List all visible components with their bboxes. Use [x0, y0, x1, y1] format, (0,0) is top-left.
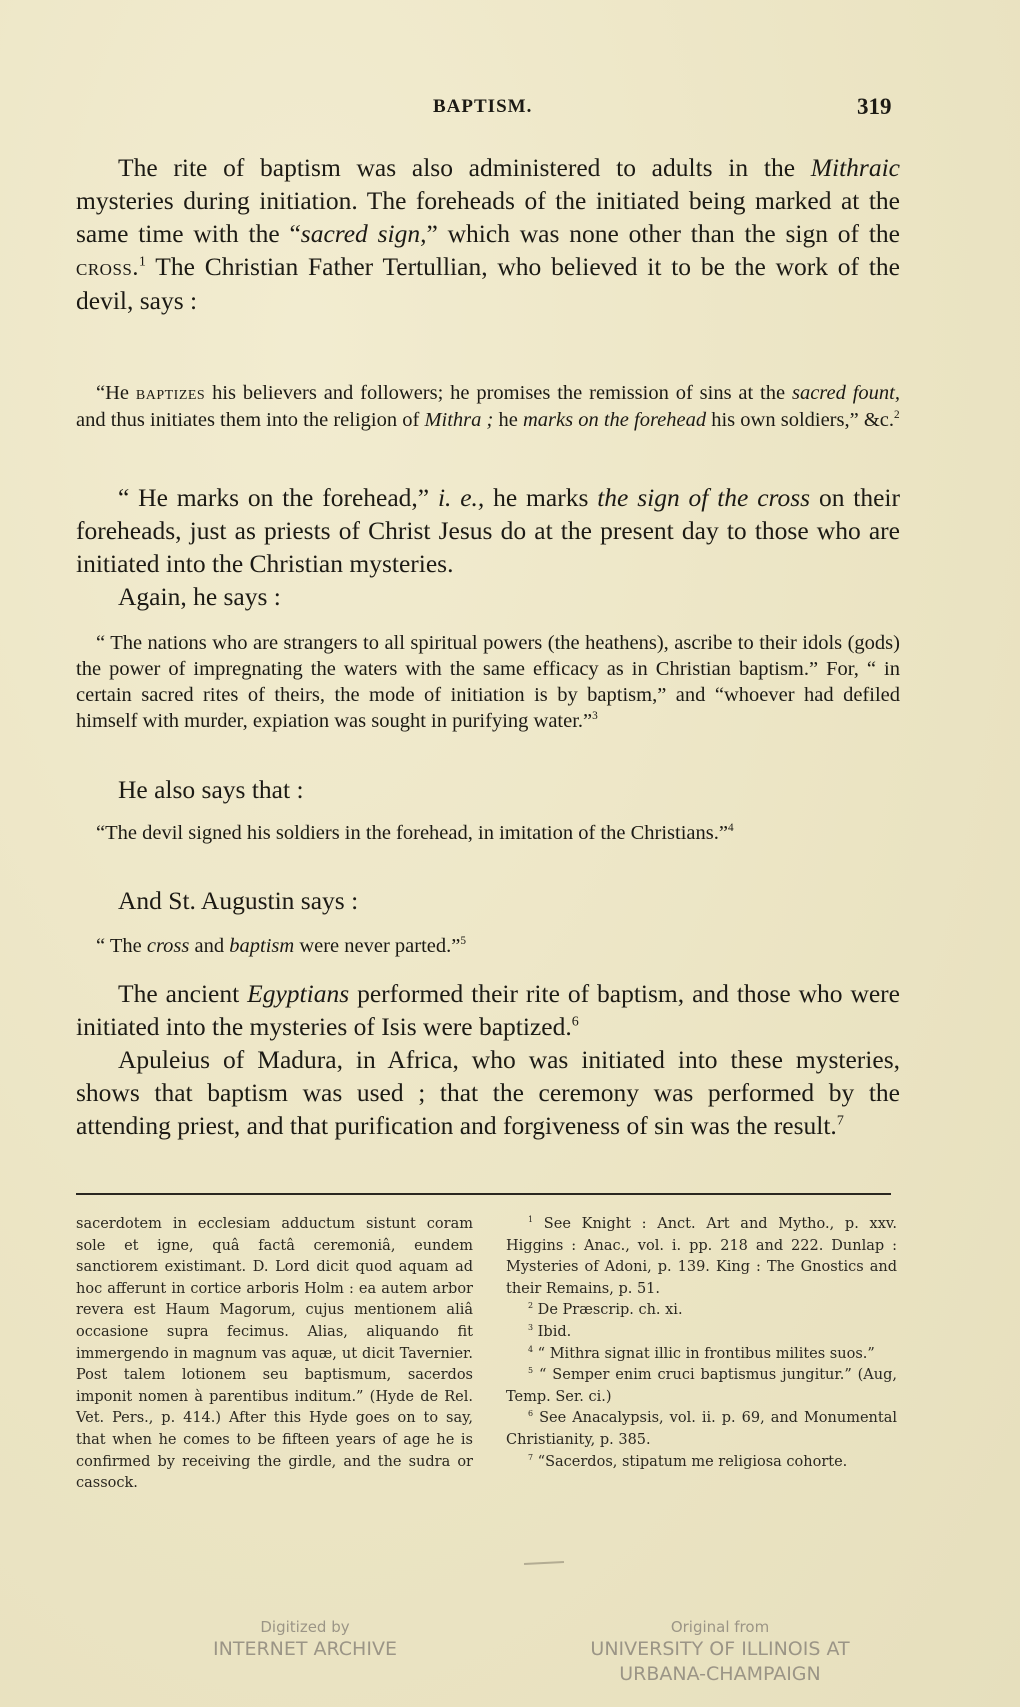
original-from-watermark: Original from UNIVERSITY OF ILLINOIS AT …	[560, 1617, 880, 1687]
footnote-ref: 2	[894, 409, 900, 421]
paragraph-augustin-says: And St. Augustin says :	[76, 884, 900, 917]
paragraph-he-also-says: He also says that :	[76, 773, 900, 806]
paragraph-apuleius: Apuleius of Madura, in Africa, who was i…	[76, 1043, 900, 1142]
paragraph-egyptians: The ancient Egyptians performed their ri…	[76, 977, 900, 1142]
footnote-ref: 4	[728, 822, 734, 834]
running-title: BAPTISM.	[433, 96, 532, 118]
footnote-ref: 7	[837, 1114, 844, 1129]
footnote-7: 7 “Sacerdos, stipatum me religiosa cohor…	[506, 1452, 897, 1474]
small-caps-term: baptizes	[136, 383, 205, 404]
footnote-2: 2 De Præscrip. ch. xi.	[506, 1300, 897, 1322]
footnotes-list: 1 See Knight : Anct. Art and Mytho., p. …	[506, 1214, 897, 1473]
footnote-ref: 6	[572, 1015, 579, 1030]
paragraph-again-he-says: Again, he says :	[76, 580, 900, 613]
footnote-4: 4 “ Mithra signat illic in frontibus mil…	[506, 1344, 897, 1366]
footnote-divider	[76, 1193, 891, 1195]
footnote-6: 6 See Anacalypsis, vol. ii. p. 69, and M…	[506, 1408, 897, 1451]
block-quote-tertullian-3: “The devil signed his soldiers in the fo…	[76, 820, 900, 846]
footnote-ref: 5	[460, 935, 466, 947]
small-caps-term: cross.	[76, 254, 139, 281]
footnote-1: 1 See Knight : Anct. Art and Mytho., p. …	[506, 1214, 897, 1300]
emphasis: Mithraic	[811, 153, 900, 182]
emphasis: sacred sign,	[301, 219, 427, 248]
page-number: 319	[857, 94, 892, 120]
paragraph-sign-of-cross: “ He marks on the forehead,” i. e., he m…	[76, 481, 900, 613]
footnote-continuation: sacerdotem in ecclesiam adductum sistunt…	[76, 1214, 473, 1495]
footnote-ref: 1	[139, 255, 146, 270]
book-page: BAPTISM. 319 The rite of baptism was als…	[0, 0, 1020, 1707]
digitized-by-watermark: Digitized by INTERNET ARCHIVE	[180, 1617, 430, 1662]
footnote-3: 3 Ibid.	[506, 1322, 897, 1344]
ink-mark	[524, 1561, 564, 1565]
footnote-ref: 3	[592, 710, 598, 722]
footnote-5: 5 “ Semper enim cruci baptismus jungitur…	[506, 1365, 897, 1408]
block-quote-augustin: “ The cross and baptism were never parte…	[76, 933, 900, 959]
block-quote-tertullian-2: “ The nations who are strangers to all s…	[76, 630, 900, 734]
paragraph-mithraic-baptism: The rite of baptism was also administere…	[76, 151, 900, 317]
block-quote-tertullian-1: “He baptizes his believers and followers…	[76, 380, 900, 433]
